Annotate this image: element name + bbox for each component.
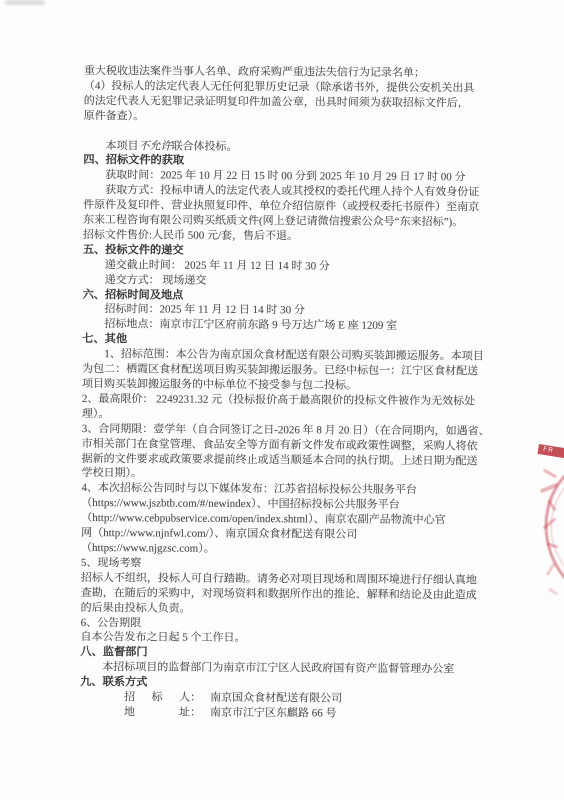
contact-value: 南京市江宁区东麒路 66 号	[210, 707, 337, 720]
contact-colon: ：	[190, 707, 201, 719]
contact-colon: ：	[190, 692, 201, 704]
text-line: 据新的文件要求或政策要求提前终止或适当顺延本合同的执行期。上述日期为配送	[82, 452, 496, 469]
stamp-mark	[543, 469, 557, 479]
stamp-mark	[546, 563, 555, 576]
text-line: 的后果由投标人负责。	[81, 601, 495, 618]
red-stamp: FR	[537, 444, 564, 609]
text-line: 原件备查）。	[84, 109, 498, 126]
contact-row: 地址：南京市江宁区东麒路 66 号	[80, 705, 494, 722]
stamp-mark	[543, 518, 556, 530]
text-segment: 联合体投标。	[171, 140, 237, 152]
contact-value: 南京国众食材配送有限公司	[210, 692, 342, 705]
document-body: 重大税收违法案件当事人名单、政府采购严重违法失信行为记录名单；（4）投标人的法定…	[80, 64, 498, 722]
stamp-outer-ring	[537, 444, 564, 609]
stamp-mark	[548, 587, 558, 595]
stamp-mark	[540, 483, 558, 493]
stamp-inner-ring	[538, 456, 564, 601]
stamp-text-band: FR	[537, 444, 564, 460]
stamp-mark	[547, 542, 558, 548]
contact-label: 地址	[102, 705, 190, 720]
emphasized-text: 不允许	[138, 140, 171, 152]
text-line: 2、最高限价： 2249231.32 元（投标报价高于最高限价的投标文件被作为无…	[82, 392, 496, 409]
contact-label: 招标人	[102, 690, 190, 705]
text-line: （https://www.njgzsc.com）。	[81, 541, 495, 558]
text-line: 的法定代表人无犯罪记录证明复印件加盖公章，出具时间须为获取招标文件后，	[84, 94, 498, 111]
scan-artifact-smudge	[5, 0, 45, 5]
text-line: 招标地点：南京市江宁区府前东路 9 号万达广场 E 座 1209 室	[82, 317, 496, 334]
text-segment: 本项目	[105, 140, 138, 152]
document-page: 重大税收违法案件当事人名单、政府采购严重违法失信行为记录名单；（4）投标人的法定…	[0, 0, 564, 800]
stamp-mark	[547, 500, 556, 512]
